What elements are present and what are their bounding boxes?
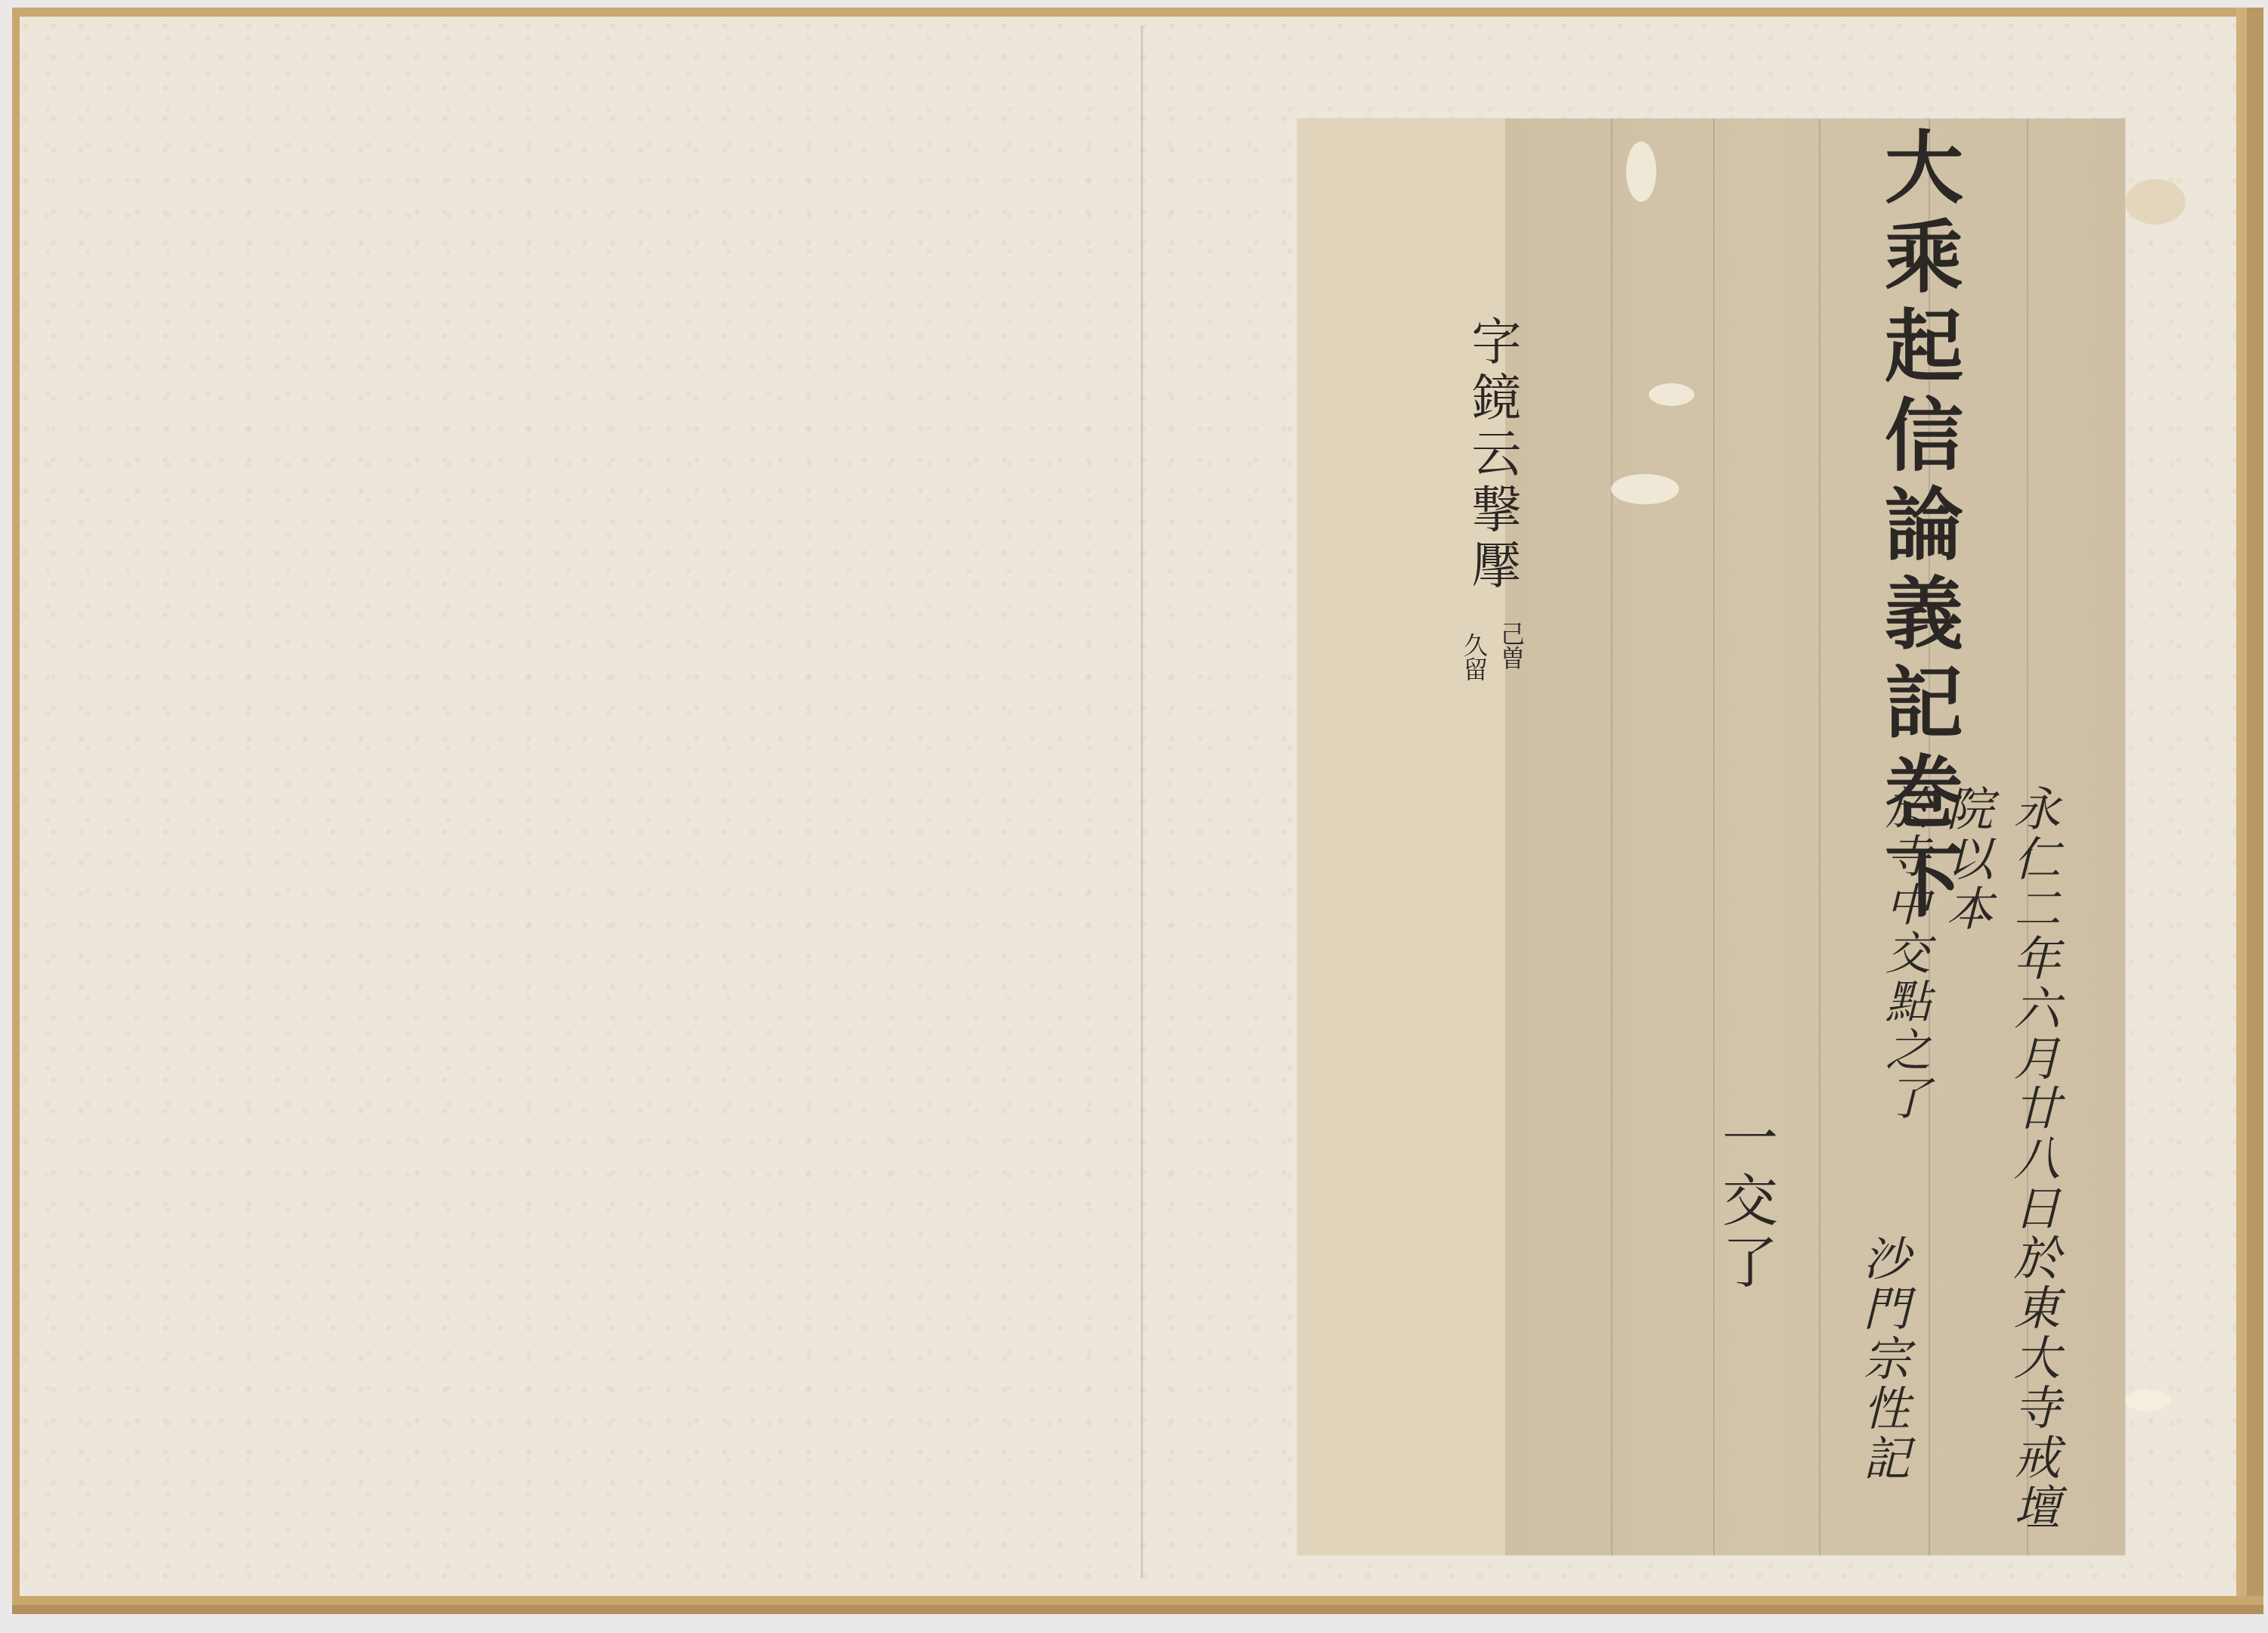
gloss-note: 字鏡云撃擪 xyxy=(1456,315,1528,595)
album-page-spread: 大乘起信論義記巻下 字鏡云撃擪 久留 己曽 永仁二年六月廿八日於東大寺戒壇院以本… xyxy=(20,17,2236,1596)
album-board: 大乘起信論義記巻下 字鏡云撃擪 久留 己曽 永仁二年六月廿八日於東大寺戒壇院以本… xyxy=(12,8,2263,1614)
document-viewer: 大乘起信論義記巻下 字鏡云撃擪 久留 己曽 永仁二年六月廿八日於東大寺戒壇院以本… xyxy=(0,0,2268,1633)
paper-damage xyxy=(1649,383,1694,406)
paper-damage xyxy=(2125,1389,2170,1411)
gloss-reading-left: 久留 xyxy=(1457,633,1492,681)
center-fold xyxy=(1140,26,1143,1578)
album-edge-bottom xyxy=(12,1596,2263,1614)
colophon-signature: 沙門宗性記 xyxy=(1849,1234,1916,1483)
album-edge-right xyxy=(2236,8,2263,1614)
paper-damage xyxy=(1626,141,1656,202)
collation-mark: 一交了 xyxy=(1706,1109,1786,1295)
ruled-line xyxy=(1713,119,1715,1555)
ruled-line xyxy=(1611,119,1613,1555)
colophon-line-1: 永仁二年六月廿八日於東大寺戒壇院以本 xyxy=(1932,784,2067,1555)
paper-damage xyxy=(1611,474,1679,504)
gloss-reading-right: 己曽 xyxy=(1494,621,1529,670)
colophon-line-2: 於寺中交點之了 xyxy=(1872,784,1937,1123)
paper-damage xyxy=(2125,179,2186,225)
ruled-line xyxy=(1819,119,1820,1555)
manuscript-fragment: 大乘起信論義記巻下 字鏡云撃擪 久留 己曽 永仁二年六月廿八日於東大寺戒壇院以本… xyxy=(1297,119,2125,1555)
